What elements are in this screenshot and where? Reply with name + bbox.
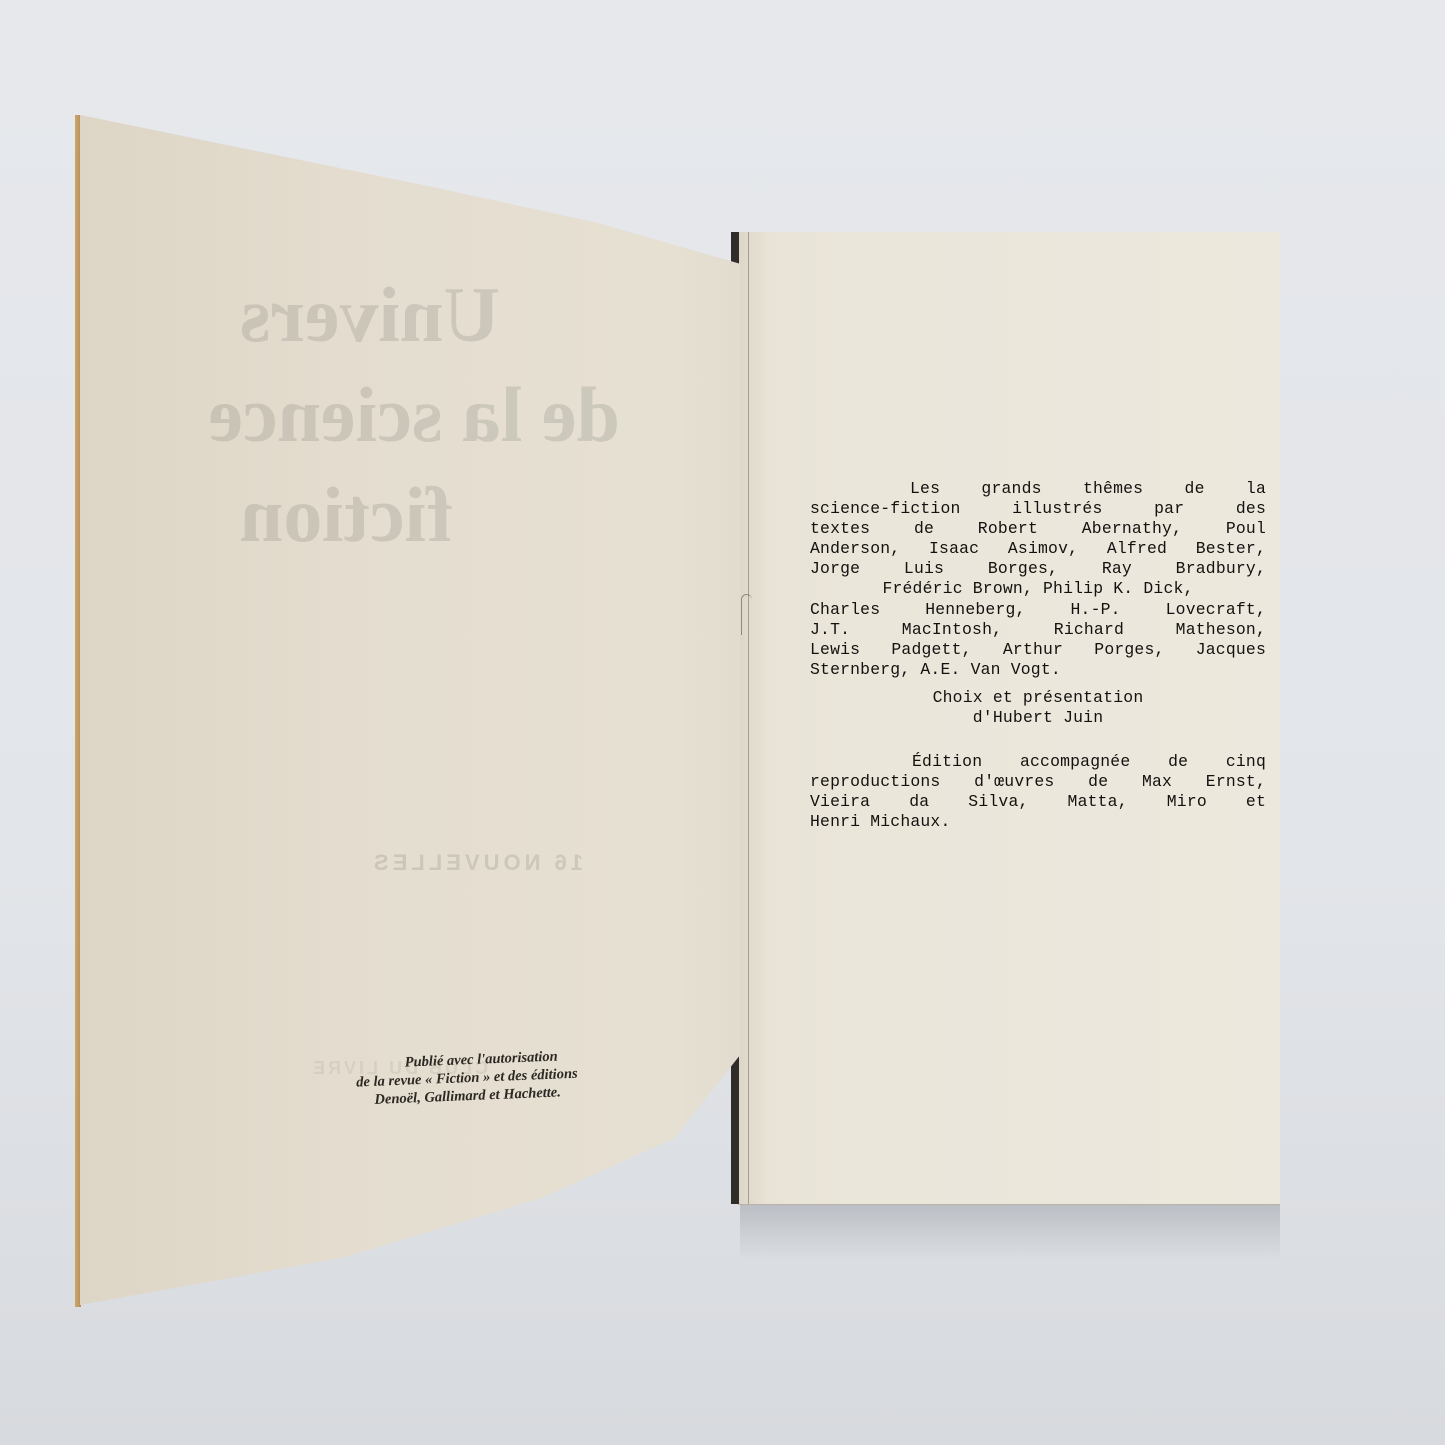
editor-credit: Choix et présentation d'Hubert Juin — [810, 688, 1266, 728]
text-line: Édition accompagnée de cinq — [810, 752, 1266, 772]
text-line: reproductions d'œuvres de Max Ernst, — [810, 772, 1266, 792]
text-line: textes de Robert Abernathy, Poul — [810, 519, 1266, 539]
text-line: Sternberg, A.E. Van Vogt. — [810, 660, 1266, 680]
text-line: Vieira da Silva, Matta, Miro et — [810, 792, 1266, 812]
text-line: Charles Henneberg, H.-P. Lovecraft, — [810, 600, 1266, 620]
text-line: Henri Michaux. — [810, 812, 1266, 832]
bleed-title-line: de la science — [240, 365, 620, 465]
text-line: Anderson, Isaac Asimov, Alfred Bester, — [810, 539, 1266, 559]
text-line: d'Hubert Juin — [810, 708, 1266, 728]
page-gutter — [748, 232, 749, 1204]
text-line: Les grands thêmes de la — [810, 479, 1266, 499]
binding-thread — [741, 594, 752, 635]
photo-scene: Univers de la science fiction 16 NOUVELL… — [0, 0, 1445, 1445]
text-line: Choix et présentation — [810, 688, 1266, 708]
text-line: Lewis Padgett, Arthur Porges, Jacques — [810, 640, 1266, 660]
bleed-title-line: fiction — [240, 465, 620, 565]
edition-note: Édition accompagnée de cinq reproduction… — [810, 752, 1266, 832]
text-line: science-fiction illustrés par des — [810, 499, 1266, 519]
text-line: J.T. MacIntosh, Richard Matheson, — [810, 620, 1266, 640]
book-shadow — [740, 1200, 1280, 1260]
text-line: Jorge Luis Borges, Ray Bradbury, — [810, 559, 1266, 579]
bleed-title-line: Univers — [240, 265, 620, 365]
bleed-through-title: Univers de la science fiction — [240, 265, 620, 565]
authors-paragraph: Les grands thêmes de la science-fiction … — [810, 479, 1266, 680]
bleed-through-subtitle: 16 NOUVELLES — [370, 850, 583, 876]
text-line: Frédéric Brown, Philip K. Dick, — [810, 579, 1266, 599]
